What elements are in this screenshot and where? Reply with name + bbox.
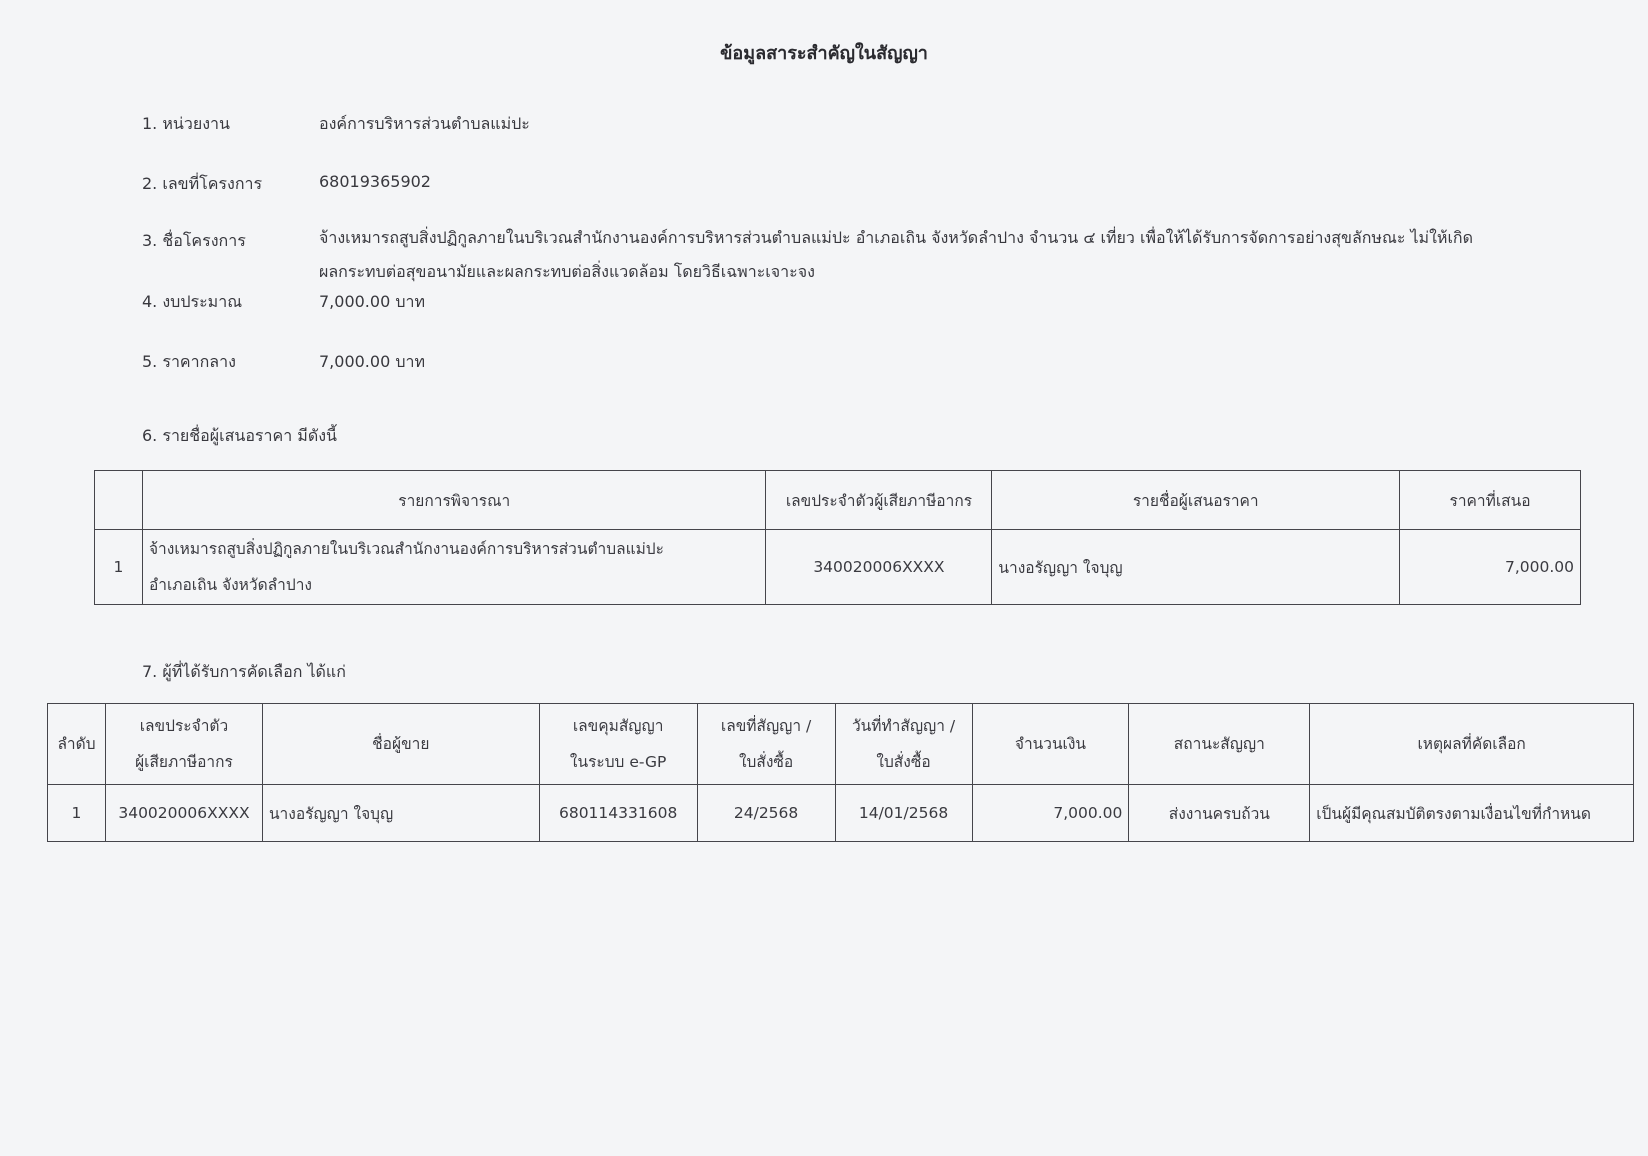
cell-no: 1 (95, 530, 143, 605)
section6-heading: 6. รายชื่อผู้เสนอราคา มีดังนี้ (142, 424, 337, 449)
field-value: 7,000.00 บาท (319, 350, 425, 375)
header-text: ใบสั่งซื้อ (704, 744, 829, 780)
section7-heading: 7. ผู้ที่ได้รับการคัดเลือก ได้แก่ (142, 660, 346, 685)
table-header-row: รายการพิจารณา เลขประจำตัวผู้เสียภาษีอากร… (95, 471, 1581, 530)
header-text: เลขคุมสัญญา (546, 708, 691, 744)
header-text: ลำดับ (57, 735, 95, 753)
column-header: จำนวนเงิน (972, 704, 1129, 785)
cell-no: 1 (48, 785, 106, 842)
cell-reason: เป็นผู้มีคุณสมบัติตรงตามเงื่อนไขที่กำหนด (1310, 785, 1634, 842)
table-row: 1 340020006XXXX นางอรัญญา ใจบุญ 68011433… (48, 785, 1634, 842)
table-row: 1 จ้างเหมารถสูบสิ่งปฏิกูลภายในบริเวณสำนั… (95, 530, 1581, 605)
column-header: ชื่อผู้ขาย (262, 704, 539, 785)
column-header: ลำดับ (48, 704, 106, 785)
field-label: 4. งบประมาณ (142, 290, 242, 315)
cell-price: 7,000.00 (1400, 530, 1581, 605)
column-header: เลขประจำตัวผู้เสียภาษีอากร (105, 704, 262, 785)
column-header: วันที่ทำสัญญา /ใบสั่งซื้อ (835, 704, 972, 785)
table-header-row: ลำดับ เลขประจำตัวผู้เสียภาษีอากร ชื่อผู้… (48, 704, 1634, 785)
column-header: รายการพิจารณา (142, 471, 766, 530)
document-title: ข้อมูลสาระสำคัญในสัญญา (0, 38, 1648, 67)
field-label: 1. หน่วยงาน (142, 112, 230, 137)
cell-tax-id: 340020006XXXX (105, 785, 262, 842)
column-header: เลขที่สัญญา /ใบสั่งซื้อ (697, 704, 835, 785)
cell-item: จ้างเหมารถสูบสิ่งปฏิกูลภายในบริเวณสำนักง… (142, 530, 766, 605)
cell-amount: 7,000.00 (972, 785, 1129, 842)
cell-contract-number: 24/2568 (697, 785, 835, 842)
bidders-table: รายการพิจารณา เลขประจำตัวผู้เสียภาษีอากร… (94, 470, 1581, 605)
column-header: ราคาที่เสนอ (1400, 471, 1581, 530)
cell-vendor: นางอรัญญา ใจบุญ (262, 785, 539, 842)
field-label: 2. เลขที่โครงการ (142, 172, 262, 197)
column-header: เลขประจำตัวผู้เสียภาษีอากร (766, 471, 992, 530)
field-value: 68019365902 (319, 172, 431, 191)
column-header: เหตุผลที่คัดเลือก (1310, 704, 1634, 785)
field-label: 5. ราคากลาง (142, 350, 236, 375)
field-label: 3. ชื่อโครงการ (142, 229, 246, 254)
field-value: 7,000.00 บาท (319, 290, 425, 315)
cell-egp-number: 680114331608 (539, 785, 697, 842)
header-text: ผู้เสียภาษีอากร (112, 744, 256, 780)
header-text: ใบสั่งซื้อ (842, 744, 966, 780)
cell-bidder: นางอรัญญา ใจบุญ (992, 530, 1400, 605)
header-text: จำนวนเงิน (1015, 735, 1086, 753)
document-page: ข้อมูลสาระสำคัญในสัญญา 1. หน่วยงาน องค์ก… (0, 0, 1648, 1156)
header-text: เลขที่สัญญา / (704, 708, 829, 744)
cell-contract-date: 14/01/2568 (835, 785, 972, 842)
column-header (95, 471, 143, 530)
selected-vendor-table: ลำดับ เลขประจำตัวผู้เสียภาษีอากร ชื่อผู้… (47, 703, 1634, 842)
cell-status: ส่งงานครบถ้วน (1129, 785, 1310, 842)
header-text: สถานะสัญญา (1174, 735, 1265, 753)
header-text: ในระบบ e-GP (546, 744, 691, 780)
cell-tax-id: 340020006XXXX (766, 530, 992, 605)
header-text: ชื่อผู้ขาย (372, 735, 429, 753)
field-value: องค์การบริหารส่วนตำบลแม่ปะ (319, 112, 530, 137)
header-text: เลขประจำตัว (112, 708, 256, 744)
column-header: สถานะสัญญา (1129, 704, 1310, 785)
cell-item-line: จ้างเหมารถสูบสิ่งปฏิกูลภายในบริเวณสำนักง… (149, 531, 760, 567)
header-text: วันที่ทำสัญญา / (842, 708, 966, 744)
column-header: เลขคุมสัญญาในระบบ e-GP (539, 704, 697, 785)
header-text: เหตุผลที่คัดเลือก (1417, 735, 1525, 753)
column-header: รายชื่อผู้เสนอราคา (992, 471, 1400, 530)
cell-item-line: อำเภอเถิน จังหวัดลำปาง (149, 567, 760, 603)
field-value: จ้างเหมารถสูบสิ่งปฏิกูลภายในบริเวณสำนักง… (319, 221, 1499, 289)
